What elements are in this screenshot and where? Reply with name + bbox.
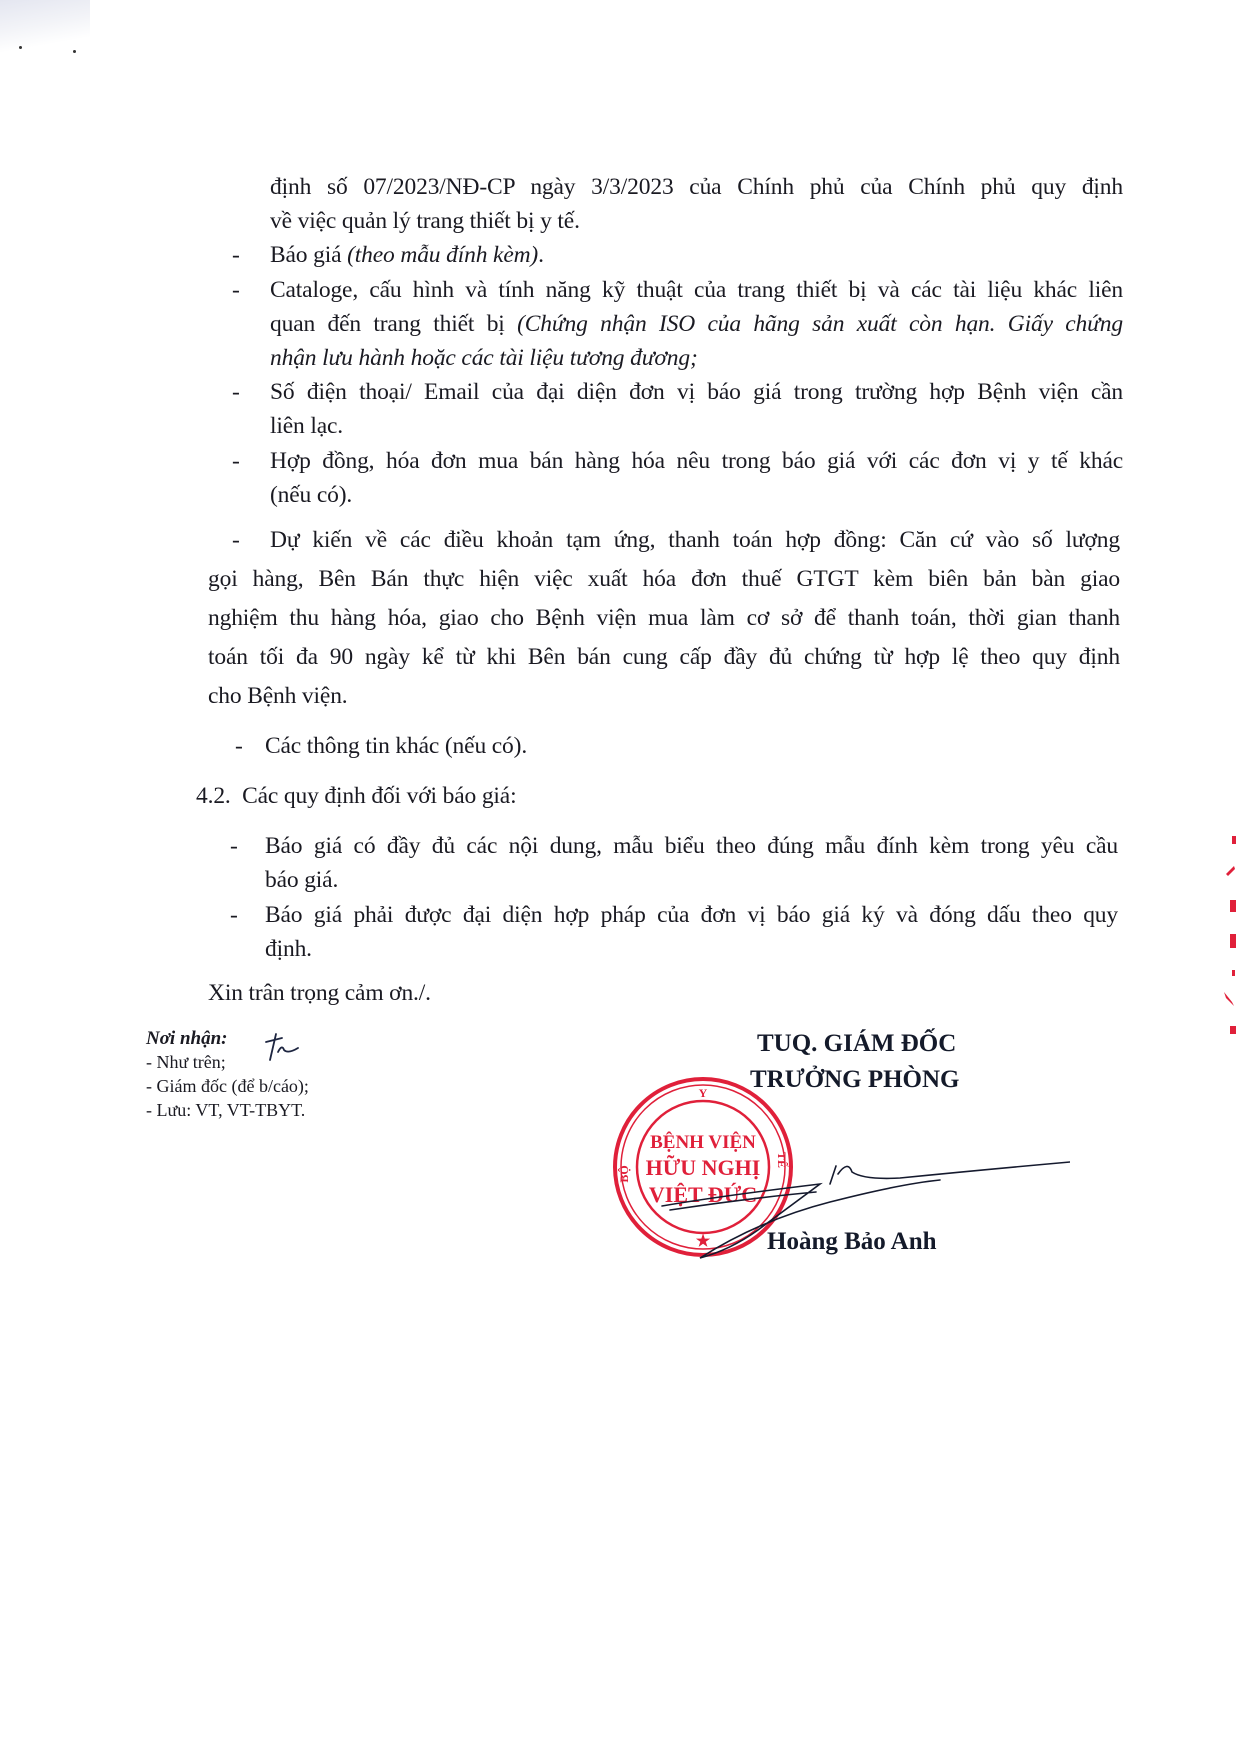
continuation-line-1: định số 07/2023/NĐ-CP ngày 3/3/2023 của … [270,170,1123,204]
text-segment: Cataloge, cấu hình và tính năng kỹ thuật… [270,277,1123,303]
list-dash: - [232,444,240,478]
list-item-line: (nếu có). [270,478,352,512]
paragraph-line: cho Bệnh viện. [208,679,348,713]
paragraph-line: toán tối đa 90 ngày kể từ khi Bên bán cu… [208,640,1120,674]
signer-name: Hoàng Bảo Anh [767,1226,937,1258]
signature-title-1: TUQ. GIÁM ĐỐC [757,1028,956,1060]
list-dash: - [232,523,240,557]
list-item-line: Báo giá (theo mẫu đính kèm). [270,238,544,272]
stamp-edge-marks [1222,830,1242,1040]
recipient-item: - Lưu: VT, VT-TBYT. [146,1099,305,1121]
list-dash: - [232,238,240,272]
list-item-line: định. [265,932,312,966]
text-segment: Báo giá [270,242,347,268]
italic-text: (Chứng nhận ISO của hãng sản xuất còn hạ… [517,311,1123,337]
list-item-line: báo giá. [265,863,338,897]
text-segment: (nếu có). [270,482,352,508]
paragraph-line: nghiệm thu hàng hóa, giao cho Bệnh viện … [208,601,1120,635]
recipient-item: - Giám đốc (để b/cáo); [146,1075,309,1097]
continuation-line-2: về việc quản lý trang thiết bị y tế. [270,204,580,238]
text-segment: Số điện thoại/ Email của đại diện đơn vị… [270,379,1123,405]
scan-artifact [0,0,90,55]
text-segment: . [538,242,544,268]
italic-text: nhận lưu hành hoặc các tài liệu tương đư… [270,345,698,371]
recipients-title: Nơi nhận: [146,1028,227,1050]
list-item-line: nhận lưu hành hoặc các tài liệu tương đư… [270,341,698,375]
stamp-ring-text: Y [699,1086,708,1100]
scan-speck [19,46,22,49]
closing-text: Xin trân trọng cảm ơn./. [208,976,431,1010]
other-info-item: Các thông tin khác (nếu có). [265,729,527,763]
list-dash: - [230,898,238,932]
list-item-line: Báo giá phải được đại diện hợp pháp của … [265,898,1118,932]
list-item-line: Báo giá có đầy đủ các nội dung, mẫu biểu… [265,829,1118,863]
section-heading-4-2: 4.2. Các quy định đối với báo giá: [196,779,516,813]
paragraph-line: gọi hàng, Bên Bán thực hiện việc xuất hó… [208,562,1120,596]
italic-text: (theo mẫu đính kèm) [347,242,538,268]
list-item-line: Cataloge, cấu hình và tính năng kỹ thuật… [270,273,1123,307]
list-dash: - [230,829,238,863]
text-segment: Hợp đồng, hóa đơn mua bán hàng hóa nêu t… [270,448,1123,474]
list-item-line: liên lạc. [270,409,343,443]
list-item-line: quan đến trang thiết bị (Chứng nhận ISO … [270,307,1123,341]
list-dash: - [235,729,243,763]
text-segment: quan đến trang thiết bị [270,311,517,337]
recipient-item: - Như trên; [146,1051,226,1073]
list-dash: - [232,375,240,409]
list-item-line: Hợp đồng, hóa đơn mua bán hàng hóa nêu t… [270,444,1123,478]
paragraph-line: Dự kiến về các điều khoản tạm ứng, thanh… [270,523,1120,557]
text-segment: liên lạc. [270,413,343,439]
initials-mark [262,1030,302,1064]
scan-speck [73,50,76,53]
list-dash: - [232,273,240,307]
list-item-line: Số điện thoại/ Email của đại diện đơn vị… [270,375,1123,409]
stamp-ring-text: BỘ [617,1165,631,1182]
